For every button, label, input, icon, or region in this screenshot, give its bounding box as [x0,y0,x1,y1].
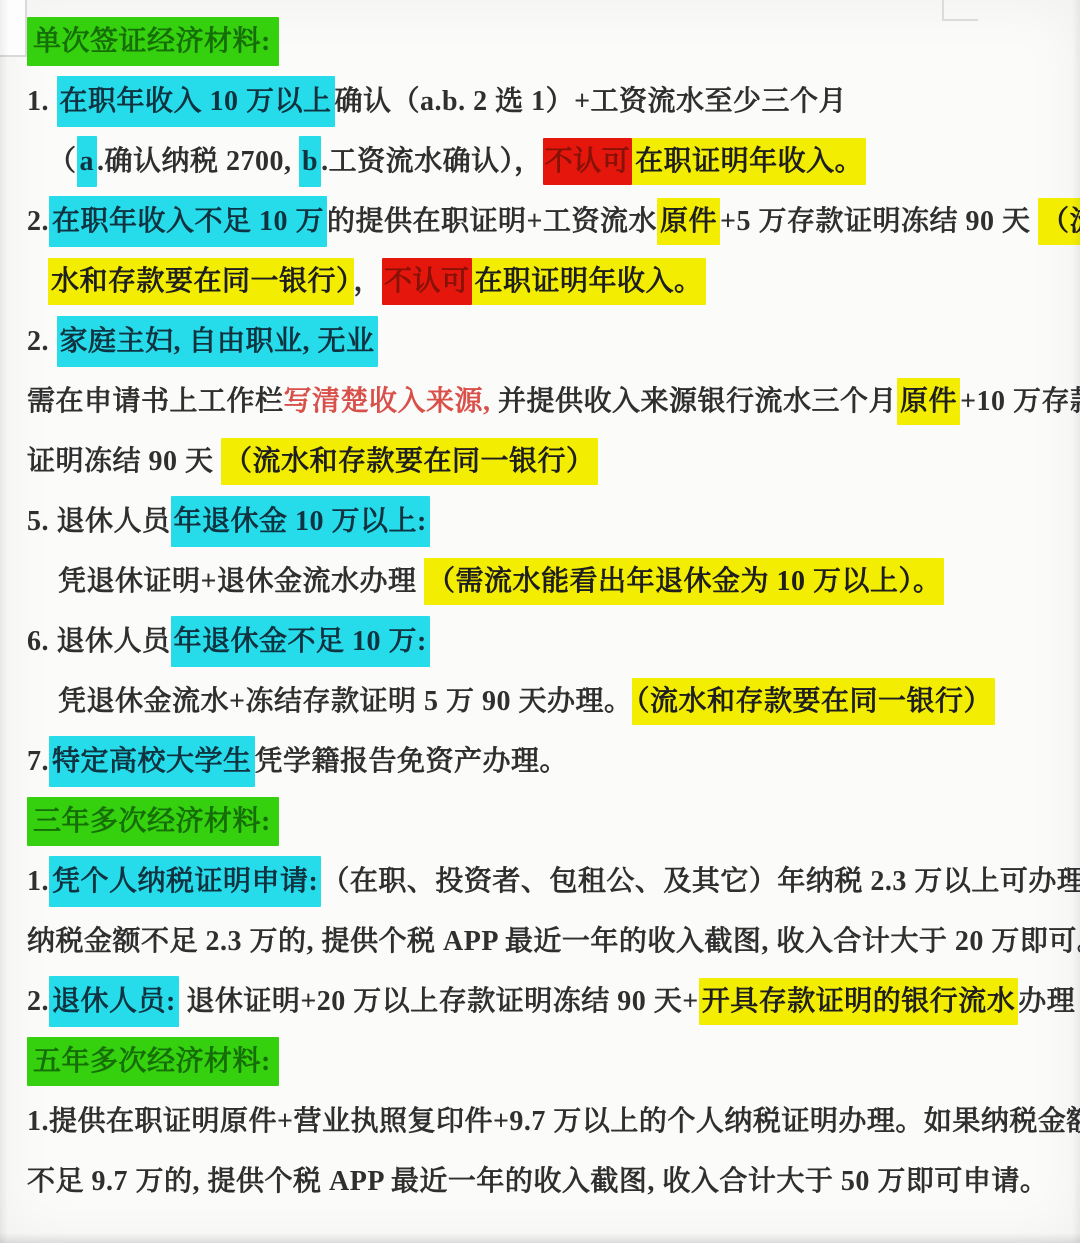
highlighted-text: 特定高校大学生 [49,736,255,787]
highlighted-text: （流水和存款要在同一银行） [632,678,995,725]
text-line: 单次签证经济材料: [27,12,1080,72]
text-segment: （ [48,146,77,177]
highlighted-text: （流水和存款要在同一银行） [221,438,598,485]
highlighted-text: 在职年收入 10 万以上 [57,76,335,127]
text-line: 凭退休证明+退休金流水办理 （需流水能看出年退休金为 10 万以上）。 [27,552,1080,612]
text-segment: 凭学籍报告免资产办理。 [255,746,569,777]
highlighted-text: 年退休金 10 万以上: [171,496,430,547]
text-line: 不足 9.7 万的, 提供个税 APP 最近一年的收入截图, 收入合计大于 50… [27,1152,1080,1212]
text-segment: 7. [27,746,49,777]
highlighted-text: 凭个人纳税证明申请: [49,856,321,907]
highlighted-text: a [77,136,98,187]
highlighted-text: 水和存款要在同一银行） [48,258,354,305]
highlighted-text: 家庭主妇, 自由职业, 无业 [57,316,378,367]
text-line: 2.退休人员: 退休证明+20 万以上存款证明冻结 90 天+开具存款证明的银行… [27,972,1080,1032]
text-segment: .工资流水确认）， [321,146,543,177]
text-segment: 不足 9.7 万的, 提供个税 APP 最近一年的收入截图, 收入合计大于 50… [27,1166,1048,1197]
text-segment: ， [354,266,383,297]
text-line: 2.在职年收入不足 10 万的提供在职证明+工资流水原件+5 万存款证明冻结 9… [27,192,1080,252]
bottom-edge-shadow [0,1233,1080,1243]
highlighted-text: 开具存款证明的银行流水 [699,978,1019,1025]
text-line: 6. 退休人员年退休金不足 10 万: [27,612,1080,672]
text-segment: 5. 退休人员 [27,506,171,537]
text-line: 1.凭个人纳税证明申请:（在职、投资者、包租公、及其它）年纳税 2.3 万以上可… [27,852,1080,912]
highlighted-text: 不认可 [382,258,472,305]
text-segment: 2. [27,326,57,357]
text-line: 五年多次经济材料: [27,1032,1080,1092]
highlighted-text: 三年多次经济材料: [27,797,279,846]
text-segment: （在职、投资者、包租公、及其它）年纳税 2.3 万以上可办理。 [321,866,1080,897]
text-line: 1. 在职年收入 10 万以上确认（a.b. 2 选 1）+工资流水至少三个月 [27,72,1080,132]
highlighted-text: 原件 [657,198,720,245]
document-body: 单次签证经济材料:1. 在职年收入 10 万以上确认（a.b. 2 选 1）+工… [0,0,1080,1212]
right-edge-shadow [1072,0,1080,1243]
left-edge-shadow [0,0,8,1243]
text-segment: 1. [27,866,49,897]
text-segment: 办理 [1018,986,1075,1017]
text-line: 7.特定高校大学生凭学籍报告免资产办理。 [27,732,1080,792]
text-line: 三年多次经济材料: [27,792,1080,852]
text-segment: 确认（a.b. 2 选 1）+工资流水至少三个月 [335,86,848,117]
text-segment: 并提供收入来源银行流水三个月 [491,386,898,417]
highlighted-text: 在职年收入不足 10 万 [49,196,327,247]
highlighted-text: 原件 [897,378,960,425]
highlighted-text: （需流水能看出年退休金为 10 万以上）。 [424,558,945,605]
highlighted-text: 单次签证经济材料: [27,17,279,66]
highlighted-text: 在职证明年收入。 [472,258,706,305]
text-line: 水和存款要在同一银行），不认可在职证明年收入。 [27,252,1080,312]
text-line: 凭退休金流水+冻结存款证明 5 万 90 天办理。（流水和存款要在同一银行） [27,672,1080,732]
text-segment: 2. [27,986,49,1017]
text-line: 需在申请书上工作栏写清楚收入来源, 并提供收入来源银行流水三个月原件+10 万存… [27,372,1080,432]
text-segment: .确认纳税 2700, [97,146,299,177]
text-segment: 需在申请书上工作栏 [27,386,284,417]
highlighted-text: 不认可 [543,138,633,185]
text-segment: 的提供在职证明+工资流水 [327,206,657,237]
text-segment: 凭退休证明+退休金流水办理 [58,566,424,597]
text-segment: 写清楚收入来源, [284,386,491,417]
text-line: 2. 家庭主妇, 自由职业, 无业 [27,312,1080,372]
text-line: 1.提供在职证明原件+营业执照复印件+9.7 万以上的个人纳税证明办理。如果纳税… [27,1092,1080,1152]
document-page: 单次签证经济材料:1. 在职年收入 10 万以上确认（a.b. 2 选 1）+工… [0,0,1080,1243]
text-segment: 证明冻结 90 天 [27,446,221,477]
highlighted-text: 退休人员: [49,976,179,1027]
text-line: 证明冻结 90 天 （流水和存款要在同一银行） [27,432,1080,492]
text-segment: 2. [27,206,49,237]
text-line: 5. 退休人员年退休金 10 万以上: [27,492,1080,552]
text-line: （a.确认纳税 2700, b.工资流水确认），不认可在职证明年收入。 [27,132,1080,192]
highlighted-text: b [299,136,321,187]
text-segment: +5 万存款证明冻结 90 天 [720,206,1038,237]
text-segment: 退休证明+20 万以上存款证明冻结 90 天+ [179,986,699,1017]
highlighted-text: 年退休金不足 10 万: [171,616,430,667]
text-segment: +10 万存款 [960,386,1080,417]
text-segment: 凭退休金流水+冻结存款证明 5 万 90 天办理。 [58,686,632,717]
text-line: 纳税金额不足 2.3 万的, 提供个税 APP 最近一年的收入截图, 收入合计大… [27,912,1080,972]
text-segment: 6. 退休人员 [27,626,171,657]
text-segment: 1.提供在职证明原件+营业执照复印件+9.7 万以上的个人纳税证明办理。如果纳税… [27,1106,1080,1137]
text-segment: 1. [27,86,57,117]
highlighted-text: 在职证明年收入。 [632,138,866,185]
text-segment: 纳税金额不足 2.3 万的, 提供个税 APP 最近一年的收入截图, 收入合计大… [27,926,1080,957]
highlighted-text: 五年多次经济材料: [27,1037,279,1086]
